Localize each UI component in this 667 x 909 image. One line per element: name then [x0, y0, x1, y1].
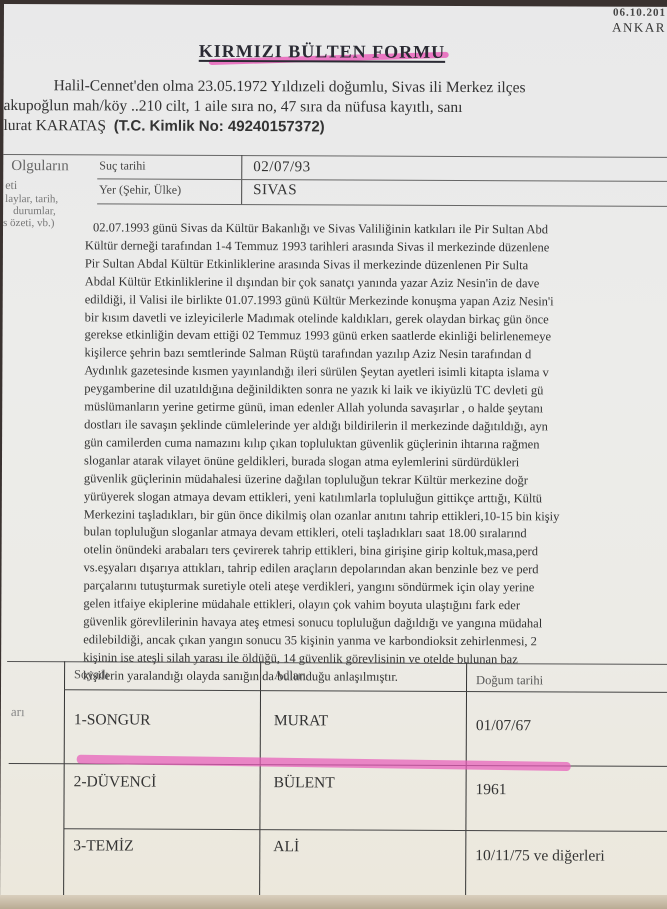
- incident-summary: 02.07.1993 günü Sivas da Kültür Bakanlığ…: [83, 219, 667, 687]
- crime-date-value: 02/07/93: [253, 159, 310, 176]
- facts-section: Olguların eti laylar, tarih, durumlar, s…: [4, 4, 667, 7]
- summary-line: dostları ile savaşın şeklinde cümlelerin…: [84, 416, 667, 436]
- table-row-3-surname: 3-TEMİZ: [73, 837, 133, 855]
- intro-line-3: lurat KARATAŞ (T.C. Kimlik No: 492401573…: [3, 116, 665, 139]
- facts-side-label-5: s özeti, vb.): [3, 217, 54, 229]
- table-row-3-name: ALİ: [273, 838, 299, 856]
- intro-paragraph: Halil-Cennet'den olma 23.05.1972 Yıldıze…: [3, 76, 665, 139]
- divider: [97, 178, 667, 182]
- place-label: Yer (Şehir, Ülke): [99, 182, 181, 197]
- desk-surface: [0, 895, 667, 909]
- divider: [465, 663, 467, 899]
- summary-line: Abdal Kültür Etkinliklerine il dışından …: [85, 273, 667, 293]
- suspects-table: Soyadı Adları Doğum tarihi 1-SONGUR MURA…: [63, 661, 667, 900]
- divider: [63, 661, 65, 895]
- facts-side-label-2: eti: [5, 179, 17, 191]
- divider: [97, 203, 667, 207]
- title-block: KIRMIZI BÜLTEN FORMU: [199, 41, 445, 63]
- summary-line: Kültür derneği tarafından 1-4 Temmuz 199…: [85, 237, 667, 257]
- table-row-2-name: BÜLENT: [274, 774, 335, 792]
- divider: [64, 689, 667, 693]
- suspects-side-label: arı: [11, 704, 25, 720]
- summary-line: güvenlik güçlerinin müdahalesi üzerine d…: [84, 470, 667, 490]
- divider: [259, 662, 261, 896]
- summary-line: gün camilerden cuma namazını kılıp çıkan…: [84, 434, 667, 454]
- summary-line: yürüyerek slogan atmaya devam ettikleri,…: [84, 488, 667, 508]
- divider: [63, 828, 667, 832]
- table-row-1-surname: 1-SONGUR: [74, 711, 151, 729]
- page-title: KIRMIZI BÜLTEN FORMU: [199, 41, 445, 63]
- facts-side-label-4: durumlar,: [13, 205, 56, 217]
- national-id: (T.C. Kimlik No: 49240157372): [114, 117, 325, 135]
- summary-line: edildiği, il Valisi ile birlikte 01.07.1…: [85, 291, 667, 311]
- summary-line: güvenlik görevlilerinin havaya ateş etme…: [83, 613, 667, 633]
- facts-side-label-1: Olguların: [11, 160, 69, 172]
- divider: [3, 154, 667, 158]
- facts-side-label-3: laylar, tarih,: [5, 193, 58, 205]
- column-header-surname: Soyadı: [74, 667, 109, 682]
- table-row-1-name: MURAT: [274, 712, 328, 730]
- document-page: 06.10.201 ANKAR KIRMIZI BÜLTEN FORMU Hal…: [0, 4, 667, 905]
- header-city: ANKAR: [612, 20, 666, 36]
- table-row-3-birthdate: 10/11/75 ve diğerleri: [475, 847, 604, 866]
- suspect-name: lurat KARATAŞ: [3, 117, 106, 134]
- place-value: SIVAS: [253, 182, 297, 199]
- column-header-birthdate: Doğum tarihi: [476, 673, 543, 688]
- summary-line: edilebildiği, ancak çıkan yangın sonucu …: [83, 631, 667, 651]
- header-date: 06.10.201: [613, 7, 666, 19]
- summary-line: Pir Sultan Abdal Kültür Etkinliklerine a…: [85, 255, 667, 275]
- table-row-2-birthdate: 1961: [476, 781, 507, 799]
- crime-date-label: Suç tarihi: [99, 158, 145, 173]
- summary-line: sloganlar atarak vilayet önüne geldikler…: [84, 452, 667, 472]
- table-row-1-birthdate: 01/07/67: [476, 717, 531, 735]
- table-row-2-surname: 2-DÜVENCİ: [74, 773, 157, 791]
- column-header-name: Adları: [274, 668, 306, 683]
